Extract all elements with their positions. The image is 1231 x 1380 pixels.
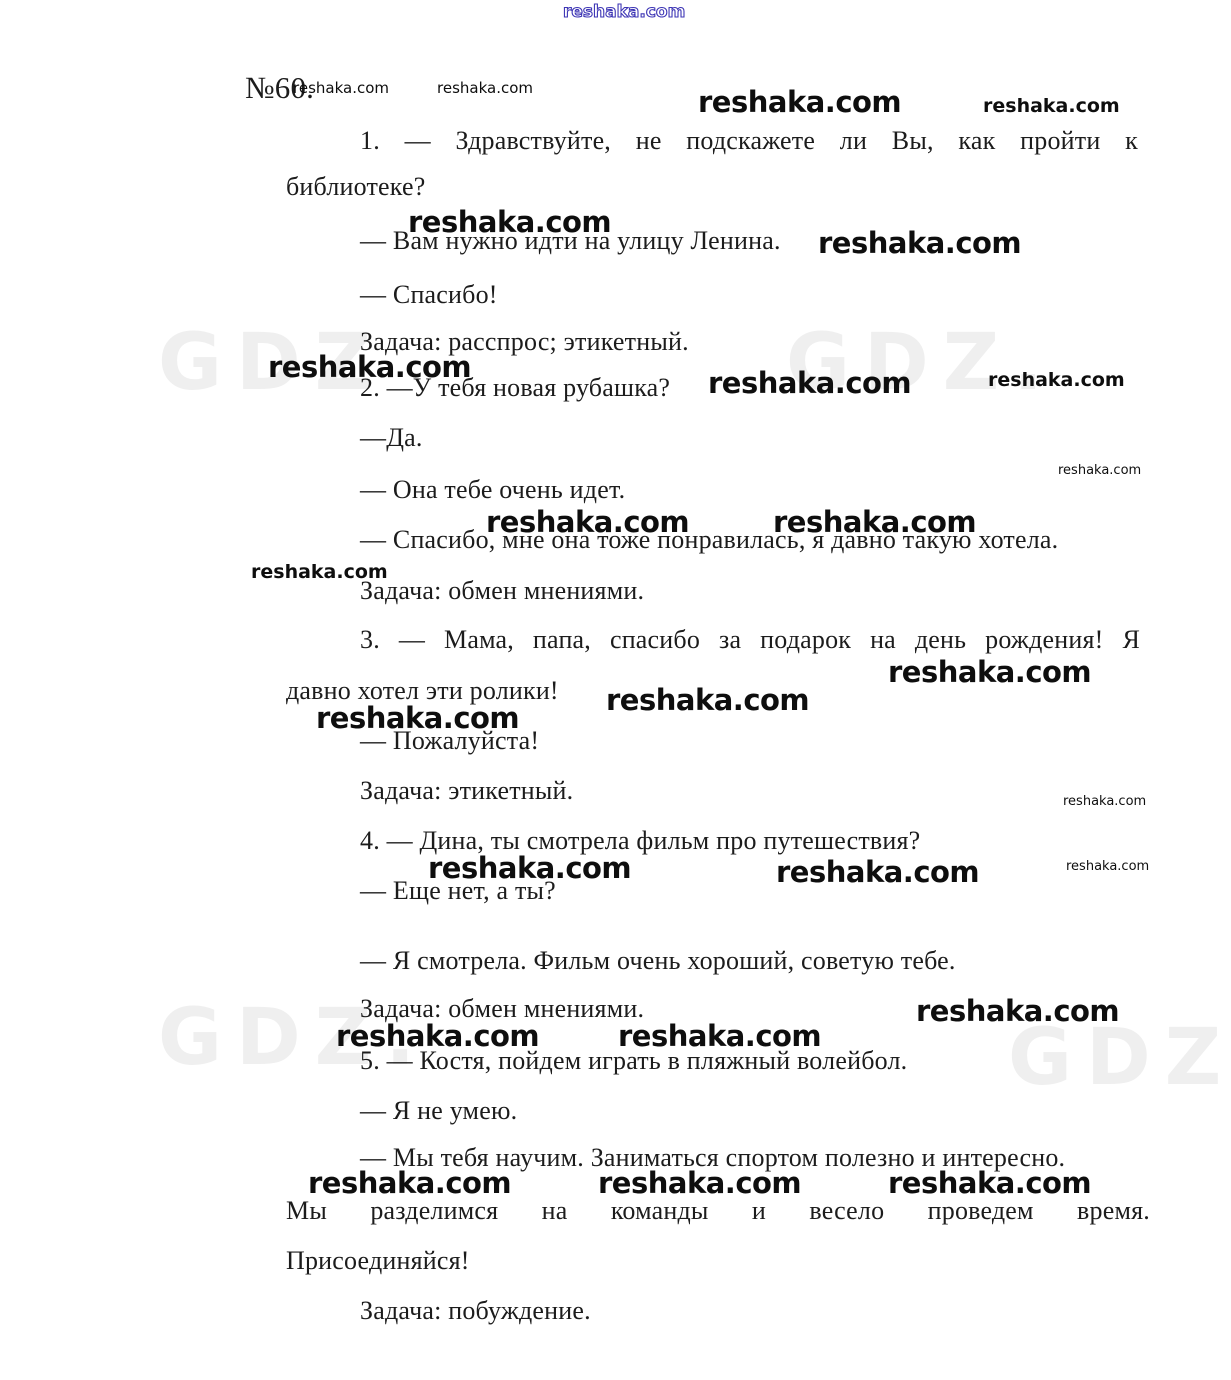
watermark-reshaka: reshaka.com [408, 205, 611, 239]
watermark-reshaka: reshaka.com [708, 366, 911, 400]
watermark-reshaka: reshaka.com [437, 79, 533, 97]
text-line: Задача: этикетный. [360, 776, 573, 806]
watermark-reshaka: reshaka.com [888, 655, 1091, 689]
watermark-reshaka: reshaka.com [888, 1166, 1091, 1200]
watermark-reshaka: reshaka.com [268, 350, 471, 384]
watermark-reshaka: reshaka.com [316, 701, 519, 735]
watermark-reshaka: reshaka.com [983, 95, 1120, 117]
watermark-reshaka: reshaka.com [1066, 859, 1149, 874]
watermark-reshaka: reshaka.com [618, 1019, 821, 1053]
watermark-reshaka: reshaka.com [916, 994, 1119, 1028]
text-line: Задача: побуждение. [360, 1296, 591, 1326]
watermark-reshaka: reshaka.com [428, 851, 631, 885]
text-line: — Спасибо! [360, 280, 498, 310]
text-line: Задача: обмен мнениями. [360, 576, 644, 606]
watermark-reshaka: reshaka.com [308, 1166, 511, 1200]
watermark-reshaka: reshaka.com [1058, 463, 1141, 478]
text-line: — Я смотрела. Фильм очень хороший, совет… [360, 946, 956, 976]
watermark-reshaka: reshaka.com [773, 505, 976, 539]
text-line: — Она тебе очень идет. [360, 475, 625, 505]
text-line: —Да. [360, 423, 423, 453]
watermark-reshaka: reshaka.com [818, 226, 1021, 260]
watermark-reshaka: reshaka.com [1063, 794, 1146, 809]
text-line: библиотеке? [286, 172, 425, 202]
watermark-reshaka: reshaka.com [293, 79, 389, 97]
watermark-reshaka: reshaka.com [563, 2, 685, 22]
text-line: — Я не умею. [360, 1096, 517, 1126]
watermark-reshaka: reshaka.com [336, 1019, 539, 1053]
text-line: 3. — Мама, папа, спасибо за подарок на д… [360, 625, 1140, 655]
watermark-reshaka: reshaka.com [606, 683, 809, 717]
text-line: 1. — Здравствуйте, не подскажете ли Вы, … [360, 126, 1138, 156]
text-line: Присоединяйся! [286, 1246, 470, 1276]
document-page: GDZGDZ.GDZ.GDZ№60.1. — Здравствуйте, не … [0, 0, 1231, 1380]
watermark-reshaka: reshaka.com [486, 505, 689, 539]
watermark-reshaka: reshaka.com [598, 1166, 801, 1200]
watermark-reshaka: reshaka.com [251, 561, 388, 583]
watermark-reshaka: reshaka.com [776, 855, 979, 889]
watermark-reshaka: reshaka.com [698, 85, 901, 119]
text-line: Мы разделимся на команды и весело провед… [286, 1196, 1150, 1226]
watermark-reshaka: reshaka.com [988, 369, 1125, 391]
